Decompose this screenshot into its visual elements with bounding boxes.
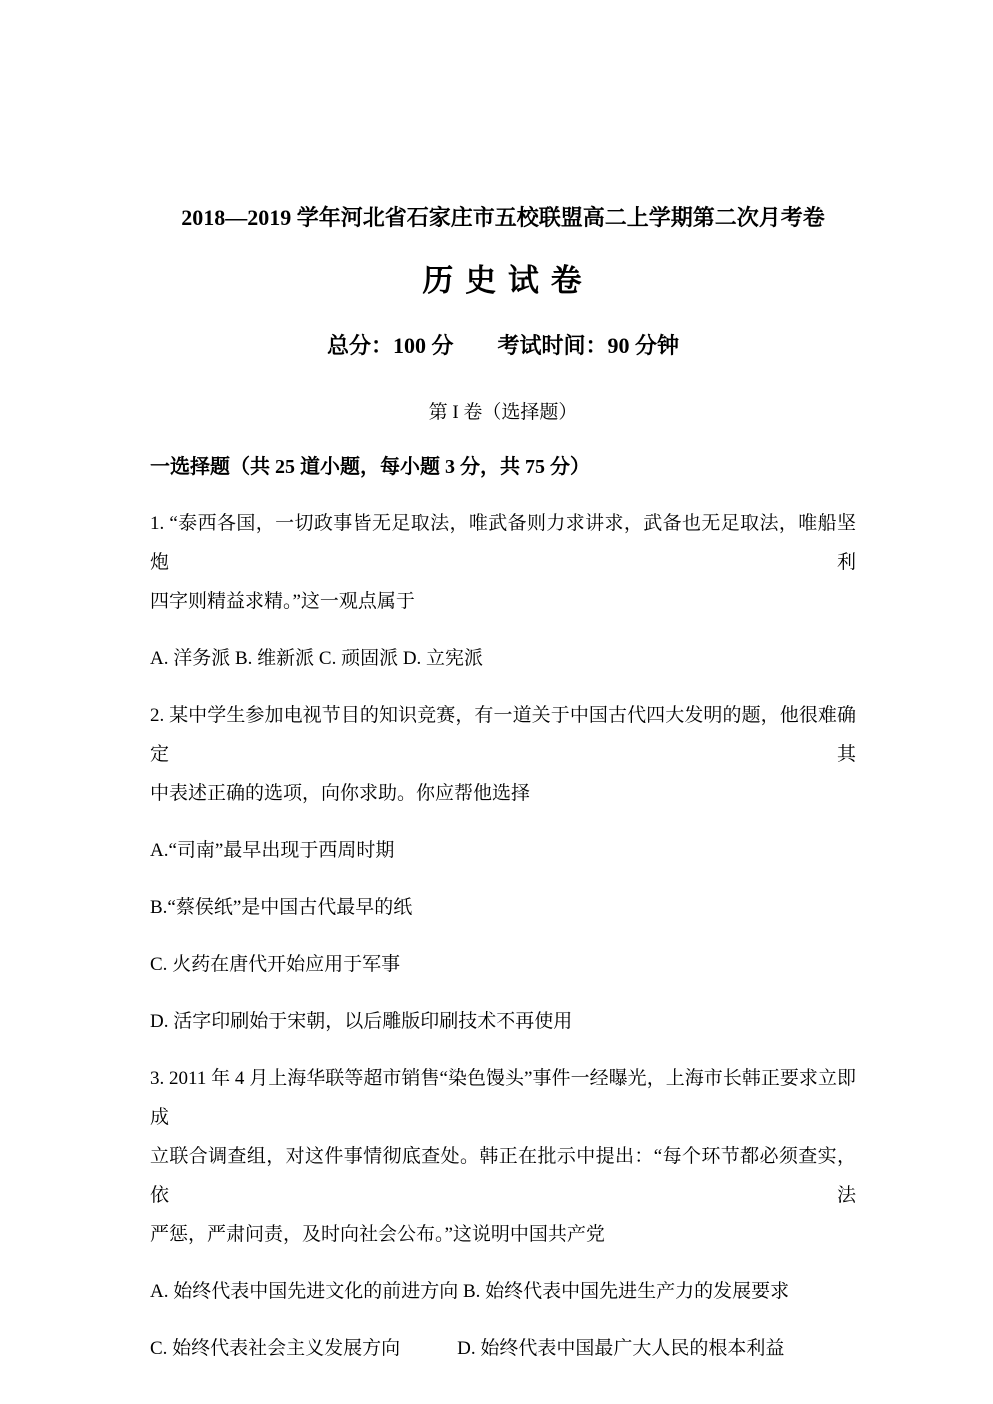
option-line: C. 始终代表社会主义发展方向 D. 始终代表中国最广大人民的根本利益 — [150, 1329, 856, 1368]
option-line: B.“蔡侯纸”是中国古代最早的纸 — [150, 888, 856, 927]
option-line: D. 活字印刷始于宋朝，以后雕版印刷技术不再使用 — [150, 1002, 856, 1041]
question-stem-line: 1. “泰西各国，一切政事皆无足取法，唯武备则力求讲求，武备也无足取法，唯船坚炮… — [150, 504, 856, 582]
document-content: 2018—2019 学年河北省石家庄市五校联盟高二上学期第二次月考卷 历 史 试… — [0, 0, 993, 1368]
question-3-stem: 3. 2011 年 4 月上海华联等超市销售“染色馒头”事件一经曝光，上海市长韩… — [150, 1059, 856, 1254]
question-3-options-cd: C. 始终代表社会主义发展方向 D. 始终代表中国最广大人民的根本利益 — [150, 1329, 856, 1368]
option-line: C. 火药在唐代开始应用于军事 — [150, 945, 856, 984]
question-2-option-a: A.“司南”最早出现于西周时期 — [150, 831, 856, 870]
question-stem-line: 四字则精益求精。”这一观点属于 — [150, 582, 856, 621]
question-1: 1. “泰西各国，一切政事皆无足取法，唯武备则力求讲求，武备也无足取法，唯船坚炮… — [150, 504, 856, 678]
question-3: 3. 2011 年 4 月上海华联等超市销售“染色馒头”事件一经曝光，上海市长韩… — [150, 1059, 856, 1368]
option-line: A. 洋务派 B. 维新派 C. 顽固派 D. 立宪派 — [150, 639, 856, 678]
question-stem-line: 中表述正确的选项，向你求助。你应帮他选择 — [150, 774, 856, 813]
question-3-options-ab: A. 始终代表中国先进文化的前进方向 B. 始终代表中国先进生产力的发展要求 — [150, 1272, 856, 1311]
question-2-stem: 2. 某中学生参加电视节目的知识竞赛，有一道关于中国古代四大发明的题，他很难确定… — [150, 696, 856, 813]
question-2-option-d: D. 活字印刷始于宋朝，以后雕版印刷技术不再使用 — [150, 1002, 856, 1041]
option-line: A.“司南”最早出现于西周时期 — [150, 831, 856, 870]
section-heading: 一选择题（共 25 道小题，每小题 3 分，共 75 分） — [150, 452, 856, 482]
question-2-option-c: C. 火药在唐代开始应用于军事 — [150, 945, 856, 984]
question-2: 2. 某中学生参加电视节目的知识竞赛，有一道关于中国古代四大发明的题，他很难确定… — [150, 696, 856, 1041]
question-2-option-b: B.“蔡侯纸”是中国古代最早的纸 — [150, 888, 856, 927]
question-1-stem: 1. “泰西各国，一切政事皆无足取法，唯武备则力求讲求，武备也无足取法，唯船坚炮… — [150, 504, 856, 621]
question-stem-line: 3. 2011 年 4 月上海华联等超市销售“染色馒头”事件一经曝光，上海市长韩… — [150, 1059, 856, 1137]
question-stem-line: 2. 某中学生参加电视节目的知识竞赛，有一道关于中国古代四大发明的题，他很难确定… — [150, 696, 856, 774]
option-line: A. 始终代表中国先进文化的前进方向 B. 始终代表中国先进生产力的发展要求 — [150, 1272, 856, 1311]
part-one-title: 第 I 卷（选择题） — [150, 398, 856, 428]
exam-header-line: 2018—2019 学年河北省石家庄市五校联盟高二上学期第二次月考卷 — [150, 202, 856, 234]
document-page: 2018—2019 学年河北省石家庄市五校联盟高二上学期第二次月考卷 历 史 试… — [0, 0, 993, 1404]
question-stem-line: 严惩，严肃问责，及时向社会公布。”这说明中国共产党 — [150, 1215, 856, 1254]
exam-title: 历 史 试 卷 — [150, 258, 856, 304]
question-stem-line: 立联合调查组，对这件事情彻底查处。韩正在批示中提出：“每个环节都必须查实，依法 — [150, 1137, 856, 1215]
question-1-options: A. 洋务派 B. 维新派 C. 顽固派 D. 立宪派 — [150, 639, 856, 678]
exam-score-info: 总分：100 分 考试时间：90 分钟 — [150, 330, 856, 362]
